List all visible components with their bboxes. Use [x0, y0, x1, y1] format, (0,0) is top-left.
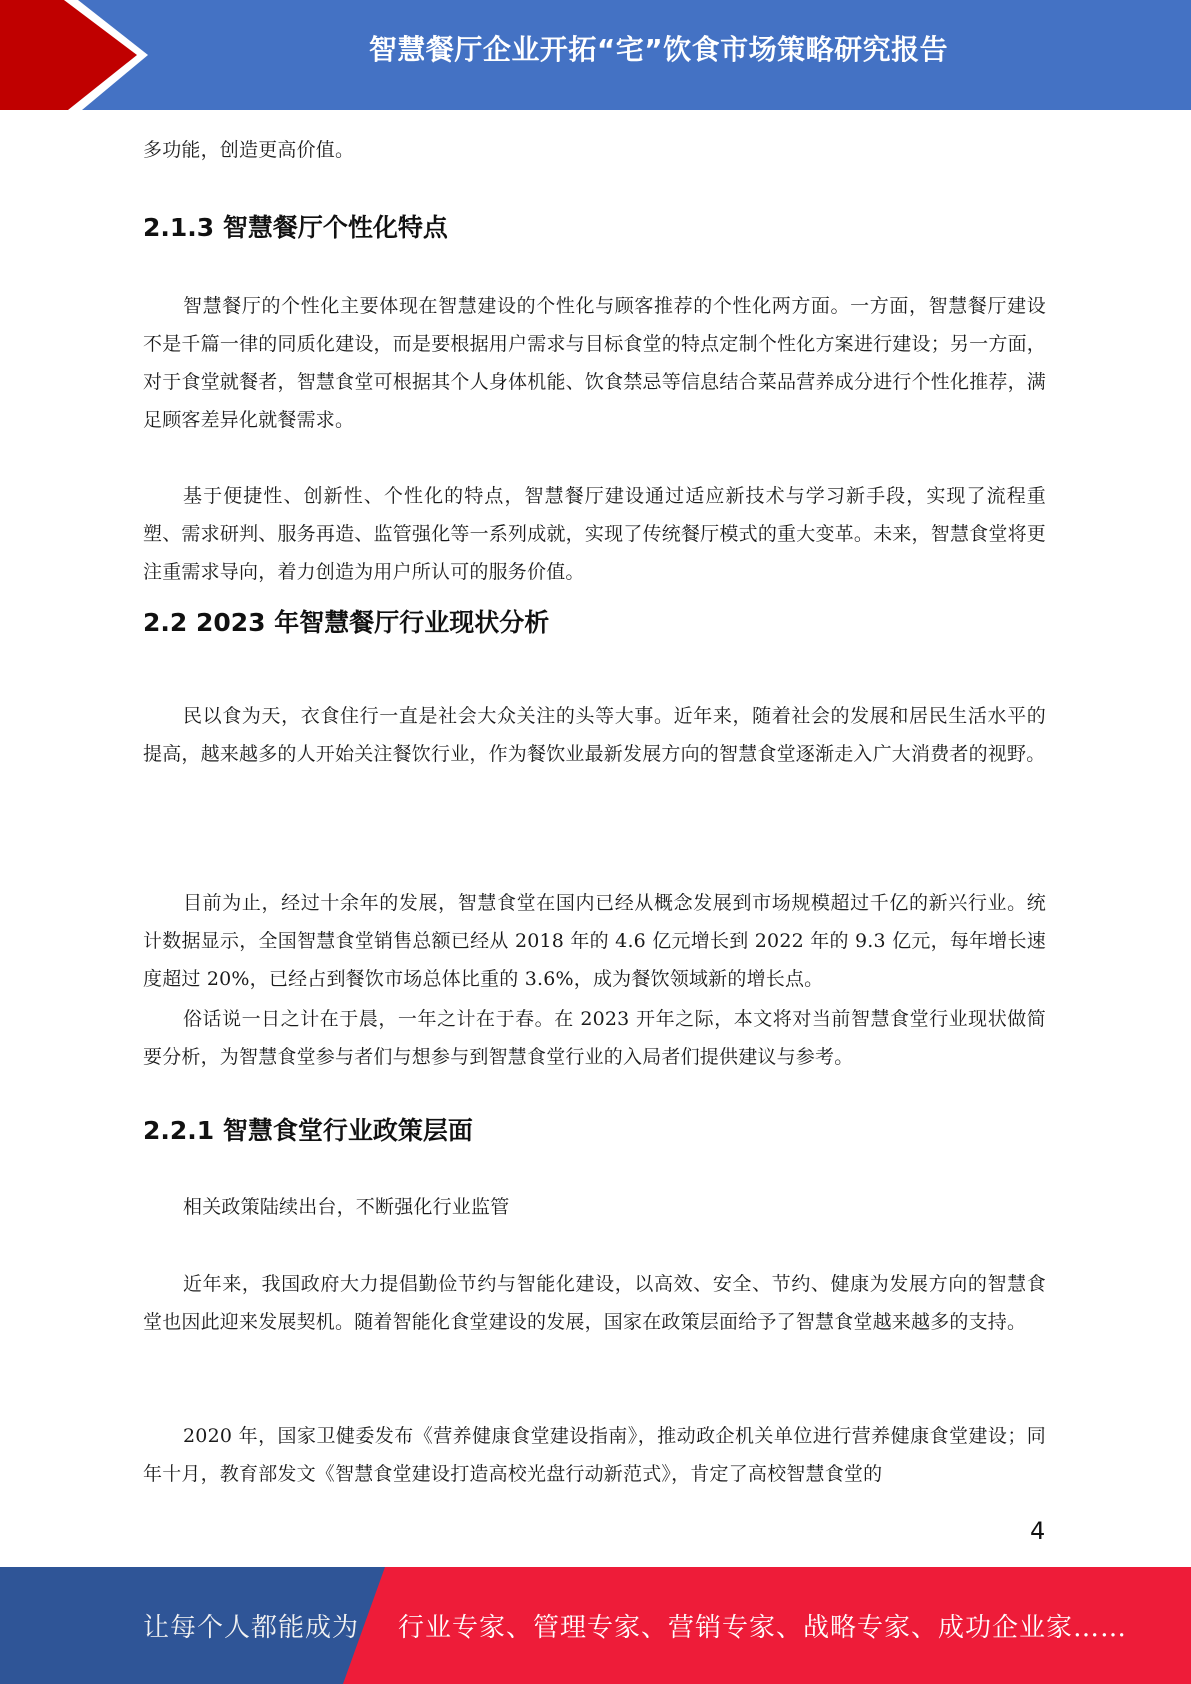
- section-heading-2-1-3: 2.1.3 智慧餐厅个性化特点: [143, 208, 448, 244]
- page-number: 4: [1030, 1517, 1045, 1545]
- page-header: 智慧餐厅企业开拓“宅”饮食市场策略研究报告: [0, 0, 1191, 110]
- page-footer: 让每个人都能成为 行业专家、管理专家、营销专家、战略专家、成功企业家……: [0, 1567, 1191, 1684]
- paragraph-2023-outlook: 俗话说一日之计在于晨，一年之计在于春。在 2023 开年之际，本文将对当前智慧食…: [143, 1000, 1046, 1076]
- paragraph-features-summary: 基于便捷性、创新性、个性化的特点，智慧餐厅建设通过适应新技术与学习新手段，实现了…: [143, 477, 1046, 591]
- document-title: 智慧餐厅企业开拓“宅”饮食市场策略研究报告: [150, 28, 1191, 68]
- section-heading-2-2: 2.2 2023 年智慧餐厅行业现状分析: [143, 603, 549, 639]
- section-heading-2-2-1: 2.2.1 智慧食堂行业政策层面: [143, 1111, 473, 1147]
- paragraph-personalization: 智慧餐厅的个性化主要体现在智慧建设的个性化与顾客推荐的个性化两方面。一方面，智慧…: [143, 287, 1046, 439]
- paragraph-policy-support: 近年来，我国政府大力提倡勤俭节约与智能化建设，以高效、安全、节约、健康为发展方向…: [143, 1265, 1046, 1341]
- paragraph-food-industry: 民以食为天，衣食住行一直是社会大众关注的头等大事。近年来，随着社会的发展和居民生…: [143, 697, 1046, 773]
- paragraph-market-statistics: 目前为止，经过十余年的发展，智慧食堂在国内已经从概念发展到市场规模超过千亿的新兴…: [143, 884, 1046, 998]
- footer-slogan-right: 行业专家、管理专家、营销专家、战略专家、成功企业家……: [398, 1607, 1127, 1644]
- paragraph-policy-2020: 2020 年，国家卫健委发布《营养健康食堂建设指南》，推动政企机关单位进行营养健…: [143, 1417, 1046, 1493]
- paragraph-policy-subtitle: 相关政策陆续出台，不断强化行业监管: [143, 1188, 1046, 1226]
- footer-slogan-left: 让每个人都能成为: [143, 1607, 359, 1644]
- paragraph-continuation: 多功能，创造更高价值。: [143, 131, 1046, 169]
